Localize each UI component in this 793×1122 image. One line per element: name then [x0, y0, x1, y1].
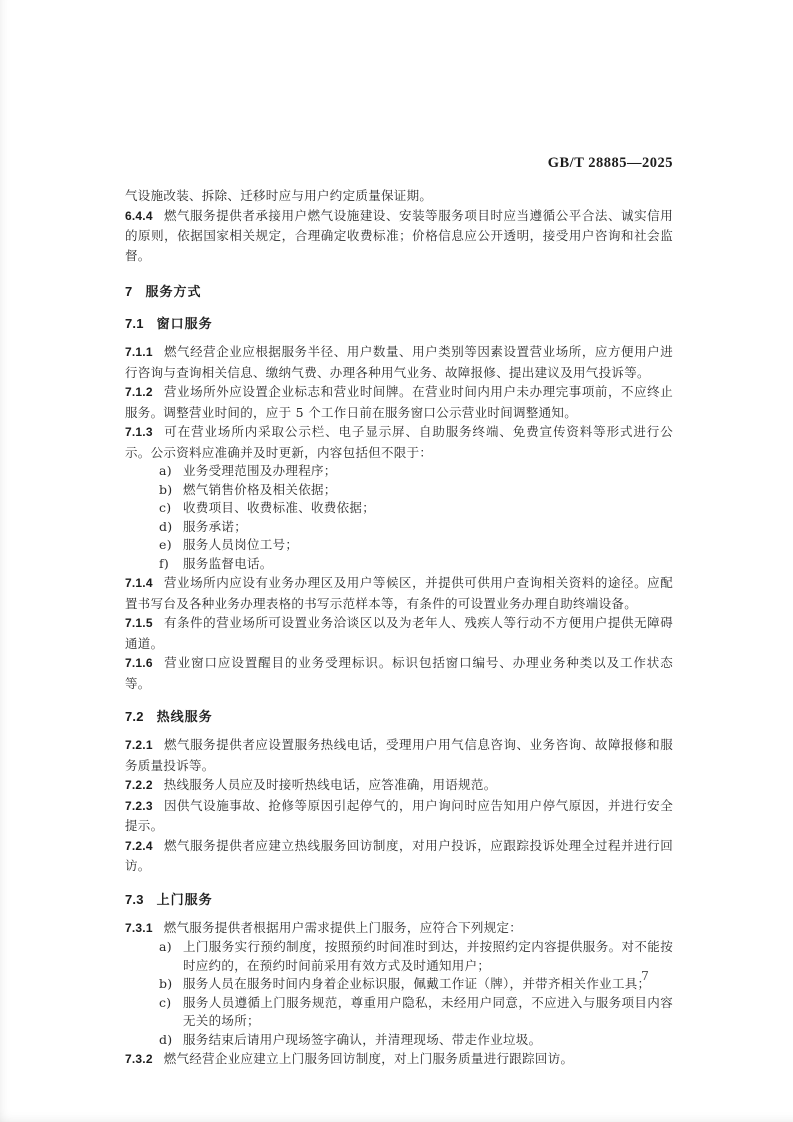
section-7-1-heading: 7.1窗口服务 — [125, 313, 673, 332]
clause-text: 燃气服务提供者承接用户燃气设施建设、安装等服务项目时应当遵循公平合法、诚实信用的… — [125, 208, 673, 263]
paragraph-continuation: 气设施改装、拆除、迁移时应与用户约定质量保证期。 — [125, 186, 673, 206]
page-content: GB/T 28885—2025 气设施改装、拆除、迁移时应与用户约定质量保证期。… — [125, 152, 673, 1070]
clause-number: 7.1.5 — [125, 616, 153, 630]
clause-7-2-1: 7.2.1燃气服务提供者应设置服务热线电话，受理用户用气信息咨询、业务咨询、故障… — [125, 735, 673, 775]
clause-7-1-1: 7.1.1燃气经营企业应根据服务半径、用户数量、用户类别等因素设置营业场所，应方… — [125, 342, 673, 382]
clause-number: 7.1.1 — [125, 345, 153, 359]
clause-7-1-3: 7.1.3可在营业场所内采取公示栏、电子显示屏、自助服务终端、免费宣传资料等形式… — [125, 422, 673, 462]
clause-text: 有条件的营业场所可设置业务洽谈区以及为老年人、残疾人等行动不方便用户提供无障碍通… — [125, 615, 673, 651]
list-marker: e) — [159, 536, 183, 555]
clause-7-2-2: 7.2.2热线服务人员应及时接听热线电话，应答准确，用语规范。 — [125, 775, 673, 796]
list-item: b)燃气销售价格及相关依据； — [125, 481, 673, 500]
clause-number: 7.3.2 — [125, 1052, 153, 1066]
clause-number: 6.4.4 — [125, 209, 153, 223]
section-7-2-heading: 7.2热线服务 — [125, 706, 673, 725]
clause-7-3-2: 7.3.2燃气经营企业应建立上门服务回访制度，对上门服务质量进行跟踪回访。 — [125, 1049, 673, 1070]
list-marker: b) — [159, 975, 183, 994]
clause-number: 7.2.3 — [125, 799, 153, 813]
list-marker: b) — [159, 481, 183, 500]
section-number: 7.2 — [125, 709, 144, 724]
list-item: c)收费项目、收费标准、收费依据； — [125, 499, 673, 518]
clause-text: 营业场所外应设置企业标志和营业时间牌。在营业时间内用户未办理完事项前，不应终止服… — [125, 384, 673, 420]
clause-text: 营业场所内应设有业务办理区及用户等候区，并提供可供用户查询相关资料的途径。应配置… — [125, 575, 673, 611]
clause-7-1-4: 7.1.4营业场所内应设有业务办理区及用户等候区，并提供可供用户查询相关资料的途… — [125, 573, 673, 613]
clause-text: 燃气经营企业应建立上门服务回访制度，对上门服务质量进行跟踪回访。 — [164, 1051, 574, 1066]
list-text: 服务人员遵循上门服务规范，尊重用户隐私，未经用户同意，不应进入与服务项目内容无关… — [183, 994, 673, 1031]
list-marker: a) — [159, 462, 183, 481]
clause-7-2-4: 7.2.4燃气服务提供者应建立热线服务回访制度，对用户投诉，应跟踪投诉处理全过程… — [125, 836, 673, 876]
list-item: d)服务结束后请用户现场签字确认，并清理现场、带走作业垃圾。 — [125, 1031, 673, 1050]
section-title: 热线服务 — [157, 709, 213, 724]
section-number: 7.1 — [125, 316, 144, 331]
section-7-3-heading: 7.3上门服务 — [125, 889, 673, 908]
paragraph-text: 气设施改装、拆除、迁移时应与用户约定质量保证期。 — [125, 188, 432, 203]
list-marker: c) — [159, 994, 183, 1031]
standard-number: GB/T 28885—2025 — [548, 155, 673, 171]
clause-number: 7.1.3 — [125, 425, 153, 439]
clause-number: 7.2.1 — [125, 738, 153, 752]
clause-7-3-1: 7.3.1燃气服务提供者根据用户需求提供上门服务，应符合下列规定： — [125, 918, 673, 939]
list-item: c)服务人员遵循上门服务规范，尊重用户隐私，未经用户同意，不应进入与服务项目内容… — [125, 994, 673, 1031]
list-item: b)服务人员在服务时间内身着企业标识服，佩戴工作证（牌），并带齐相关作业工具； — [125, 975, 673, 994]
clause-text: 因供气设施事故、抢修等原因引起停气的，用户询问时应告知用户停气原因，并进行安全提… — [125, 798, 673, 834]
clause-7-2-3: 7.2.3因供气设施事故、抢修等原因引起停气的，用户询问时应告知用户停气原因，并… — [125, 796, 673, 836]
list-text: 服务监督电话。 — [183, 555, 673, 574]
clause-number: 7.1.4 — [125, 576, 153, 590]
clause-number: 7.1.6 — [125, 656, 153, 670]
list-item: d)服务承诺； — [125, 518, 673, 537]
list-text: 服务人员岗位工号； — [183, 536, 673, 555]
section-number: 7 — [125, 284, 132, 299]
list-marker: f) — [159, 555, 183, 574]
list-text: 上门服务实行预约制度，按照预约时间准时到达，并按照约定内容提供服务。对不能按时应… — [183, 938, 673, 975]
clause-text: 燃气服务提供者应建立热线服务回访制度，对用户投诉，应跟踪投诉处理全过程并进行回访… — [125, 838, 673, 874]
clause-text: 燃气经营企业应根据服务半径、用户数量、用户类别等因素设置营业场所，应方便用户进行… — [125, 344, 673, 380]
section-title: 窗口服务 — [157, 316, 213, 331]
section-7-heading: 7服务方式 — [125, 281, 673, 300]
page-number: 7 — [630, 968, 660, 983]
clause-number: 7.3.1 — [125, 921, 153, 935]
clause-7-1-6: 7.1.6营业窗口应设置醒目的业务受理标识。标识包括窗口编号、办理业务种类以及工… — [125, 653, 673, 693]
document-page: GB/T 28885—2025 气设施改装、拆除、迁移时应与用户约定质量保证期。… — [0, 0, 793, 1122]
list-marker: a) — [159, 938, 183, 975]
list-text: 收费项目、收费标准、收费依据； — [183, 499, 673, 518]
clause-text: 营业窗口应设置醒目的业务受理标识。标识包括窗口编号、办理业务种类以及工作状态等。 — [125, 655, 673, 691]
list-marker: d) — [159, 518, 183, 537]
clause-7-1-5: 7.1.5有条件的营业场所可设置业务洽谈区以及为老年人、残疾人等行动不方便用户提… — [125, 613, 673, 653]
list-item: a)业务受理范围及办理程序； — [125, 462, 673, 481]
list-item: f)服务监督电话。 — [125, 555, 673, 574]
clause-number: 7.2.4 — [125, 839, 153, 853]
list-item: a)上门服务实行预约制度，按照预约时间准时到达，并按照约定内容提供服务。对不能按… — [125, 938, 673, 975]
page-header: GB/T 28885—2025 — [125, 152, 673, 172]
clause-number: 7.2.2 — [125, 778, 153, 792]
list-marker: d) — [159, 1031, 183, 1050]
clause-text: 热线服务人员应及时接听热线电话，应答准确，用语规范。 — [164, 777, 497, 792]
list-text: 服务结束后请用户现场签字确认，并清理现场、带走作业垃圾。 — [183, 1031, 673, 1050]
list-text: 燃气销售价格及相关依据； — [183, 481, 673, 500]
clause-text: 燃气服务提供者应设置服务热线电话，受理用户用气信息咨询、业务咨询、故障报修和服务… — [125, 737, 673, 773]
list-marker: c) — [159, 499, 183, 518]
clause-7-1-2: 7.1.2营业场所外应设置企业标志和营业时间牌。在营业时间内用户未办理完事项前，… — [125, 382, 673, 422]
list-item: e)服务人员岗位工号； — [125, 536, 673, 555]
list-text: 业务受理范围及办理程序； — [183, 462, 673, 481]
clause-text: 燃气服务提供者根据用户需求提供上门服务，应符合下列规定： — [164, 920, 522, 935]
section-title: 服务方式 — [145, 284, 201, 299]
section-title: 上门服务 — [157, 892, 213, 907]
clause-text: 可在营业场所内采取公示栏、电子显示屏、自助服务终端、免费宣传资料等形式进行公示。… — [125, 424, 673, 460]
section-number: 7.3 — [125, 892, 144, 907]
list-text: 服务人员在服务时间内身着企业标识服，佩戴工作证（牌），并带齐相关作业工具； — [183, 975, 673, 994]
list-text: 服务承诺； — [183, 518, 673, 537]
clause-6-4-4: 6.4.4燃气服务提供者承接用户燃气设施建设、安装等服务项目时应当遵循公平合法、… — [125, 206, 673, 266]
clause-number: 7.1.2 — [125, 385, 153, 399]
